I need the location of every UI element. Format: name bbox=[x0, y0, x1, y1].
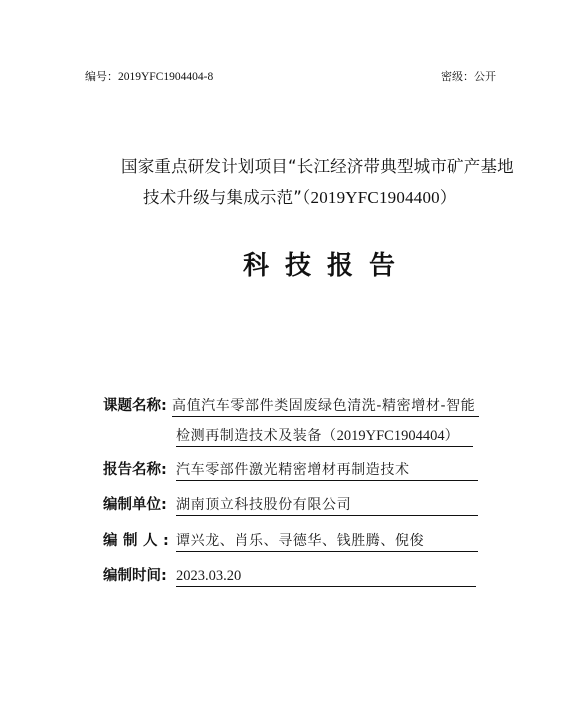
topic-value-text: 检测再制造技术及装备（ bbox=[176, 428, 337, 444]
report-name-label: 报告名称: bbox=[103, 461, 167, 479]
authors-label: 编制人: bbox=[103, 532, 174, 550]
unit-label: 编制单位: bbox=[103, 496, 167, 514]
topic-code: 2019YFC1904404 bbox=[337, 428, 445, 444]
document-serial: 编号：2019YFC1904404-8 bbox=[85, 70, 213, 84]
serial-label: 编号： bbox=[85, 70, 118, 83]
topic-value-line1: 高值汽车零部件类固废绿色清洗-精密增材-智能 bbox=[172, 397, 479, 417]
project-title-line1: 国家重点研发计划项目“长江经济带典型城市矿产基地 bbox=[121, 157, 514, 177]
secrecy-level: 密级：公开 bbox=[441, 70, 496, 84]
unit-value: 湖南顶立科技股份有限公司 bbox=[176, 496, 478, 516]
date-value: 2023.03.20 bbox=[176, 567, 476, 587]
document-type-heading: 科技报告 bbox=[243, 251, 411, 281]
serial-value: 2019YFC1904404-8 bbox=[118, 71, 213, 83]
report-name-value: 汽车零部件激光精密增材再制造技术 bbox=[176, 461, 478, 481]
project-title-close: ） bbox=[440, 188, 457, 207]
secrecy-label: 密级： bbox=[441, 70, 474, 83]
project-title-line2: 技术升级与集成示范”（2019YFC1904400） bbox=[143, 188, 457, 208]
topic-value-close: ） bbox=[445, 428, 460, 444]
project-code: 2019YFC1904400 bbox=[311, 188, 440, 207]
project-title-text: 技术升级与集成示范”（ bbox=[143, 188, 311, 207]
authors-value: 谭兴龙、肖乐、寻德华、钱胜腾、倪俊 bbox=[176, 532, 478, 552]
topic-label: 课题名称: bbox=[103, 397, 167, 415]
secrecy-value: 公开 bbox=[474, 70, 496, 83]
topic-value-line2: 检测再制造技术及装备（2019YFC1904404） bbox=[176, 427, 473, 447]
date-label: 编制时间: bbox=[103, 567, 167, 585]
date-text: 2023.03.20 bbox=[176, 568, 241, 584]
